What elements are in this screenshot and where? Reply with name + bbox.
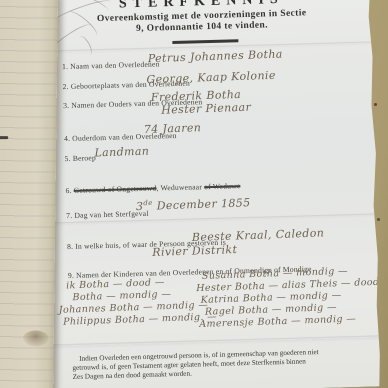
dark-speck [377, 218, 380, 221]
field-value-death-place: Beeste Kraal, Caledon [192, 226, 325, 244]
ledger-page-edge [0, 0, 58, 388]
footer-note: Indien Overleden een ongetrouwd persoon … [72, 346, 377, 381]
pencil-scribble [74, 34, 94, 59]
field-value-occupation: Landman [94, 145, 149, 160]
field-value-death-date: 3de December 1855 [136, 196, 251, 214]
field-label-occupation: 5. Beroep [64, 153, 96, 163]
header-rule [172, 39, 238, 43]
paper-stain [23, 330, 49, 346]
field-value-birthplace: George, Kaap Kolonie [146, 69, 276, 87]
paper-crease [40, 335, 382, 347]
field-value-death-place-line2: Rivier Distrikt [152, 243, 237, 259]
field-value-age: 74 Jaaren [144, 121, 202, 136]
struck-widow: of Weduwe [204, 181, 241, 191]
ink-mark [0, 136, 8, 139]
scanned-death-notice-photo: STERFKENNIS Overeenkomstig met de voorzi… [0, 0, 388, 388]
struck-married-unmarried: Getrouwd of Ongetrouwd [74, 184, 157, 195]
field-value-parent-mother: Hester Pienaar [161, 101, 251, 117]
kept-widower: , Weduwenaar [156, 182, 204, 192]
red-speck [374, 103, 377, 106]
death-notice-sheet: STERFKENNIS Overeenkomstig met de voorzi… [30, 0, 383, 388]
field-label-number: 6. [65, 186, 71, 195]
field-marital-status: 6. Getrouwd of Ongetrouwd, Weduwenaar of… [65, 181, 240, 195]
field-value-name: Petrus Johannes Botha [148, 47, 283, 65]
field-label-name: 1. Naam van den Overledenen [62, 59, 160, 71]
